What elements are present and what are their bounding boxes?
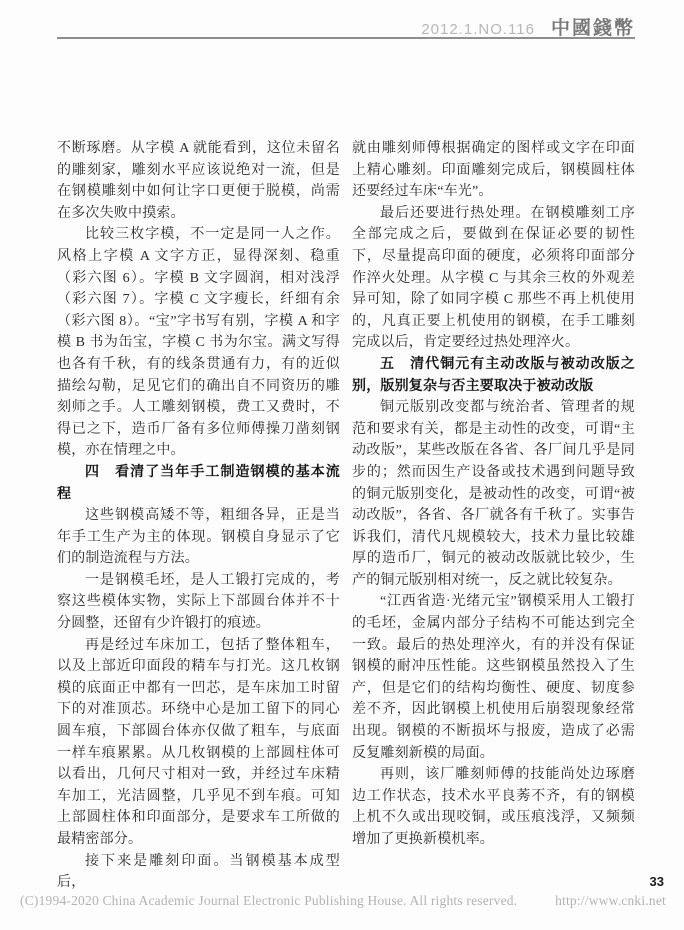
footer-url: http://www.cnki.net: [555, 893, 666, 909]
left-column: 不断琢磨。从字模 A 就能看到，这位未留名的雕刻家，雕刻水平应该说绝对一流，但是…: [57, 138, 340, 894]
paragraph: 铜元版别改变都与统治者、管理者的规范和要求有关，都是主动性的改变，可谓“主动改版…: [352, 397, 635, 591]
journal-page: 2012.1.NO.116中國錢幣 不断琢磨。从字模 A 就能看到，这位未留名的…: [0, 0, 684, 930]
paragraph: 最后还要进行热处理。在钢模雕刻工序全部完成之后，要做到在保证必要的韧性下，尽量提…: [352, 203, 635, 354]
paragraph: 不断琢磨。从字模 A 就能看到，这位未留名的雕刻家，雕刻水平应该说绝对一流，但是…: [57, 138, 340, 224]
paragraph: “江西省造·光绪元宝”钢模采用人工锻打的毛坯，金属内部分子结构不可能达到完全一致…: [352, 591, 635, 764]
section-heading: 四 看清了当年手工制造钢模的基本流程: [57, 462, 340, 505]
footer: (C)1994-2020 China Academic Journal Elec…: [20, 893, 666, 909]
header-divider: [57, 37, 635, 39]
page-header: 2012.1.NO.116中國錢幣: [57, 13, 635, 40]
paragraph: 比较三枚字模，不一定是同一人之作。风格上字模 A 文字方正，显得深刻、稳重（彩六…: [57, 224, 340, 462]
journal-title: 中國錢幣: [551, 18, 635, 39]
page-number: 33: [650, 874, 664, 889]
section-heading: 五 清代铜元有主动改版与被动改版之别，版别复杂与否主要取决于被动改版: [352, 354, 635, 397]
footer-copyright: (C)1994-2020 China Academic Journal Elec…: [20, 893, 517, 909]
paragraph: 接下来是雕刻印面。当钢模基本成型后，: [57, 851, 340, 894]
paragraph: 再则，该厂雕刻师傅的技能尚处边琢磨边工作状态，技术水平良莠不齐，有的钢模上机不久…: [352, 764, 635, 850]
paragraph: 就由雕刻师傅根据确定的图样或文字在印面上精心雕刻。印面雕刻完成后，钢模圆柱体还要…: [352, 138, 635, 203]
right-column: 就由雕刻师傅根据确定的图样或文字在印面上精心雕刻。印面雕刻完成后，钢模圆柱体还要…: [352, 138, 635, 894]
text-columns: 不断琢磨。从字模 A 就能看到，这位未留名的雕刻家，雕刻水平应该说绝对一流，但是…: [57, 138, 635, 894]
paragraph: 这些钢模高矮不等，粗细各异，正是当年手工生产为主的体现。钢模自身显示了它们的制造…: [57, 505, 340, 570]
paragraph: 再是经过车床加工，包括了整体粗车，以及上部近印面段的精车与打光。这几枚钢模的底面…: [57, 635, 340, 851]
issue-number: 2012.1.NO.116: [421, 21, 535, 38]
paragraph: 一是钢模毛坯，是人工锻打完成的，考察这些模体实物，实际上下部圆台体并不十分圆整，…: [57, 570, 340, 635]
